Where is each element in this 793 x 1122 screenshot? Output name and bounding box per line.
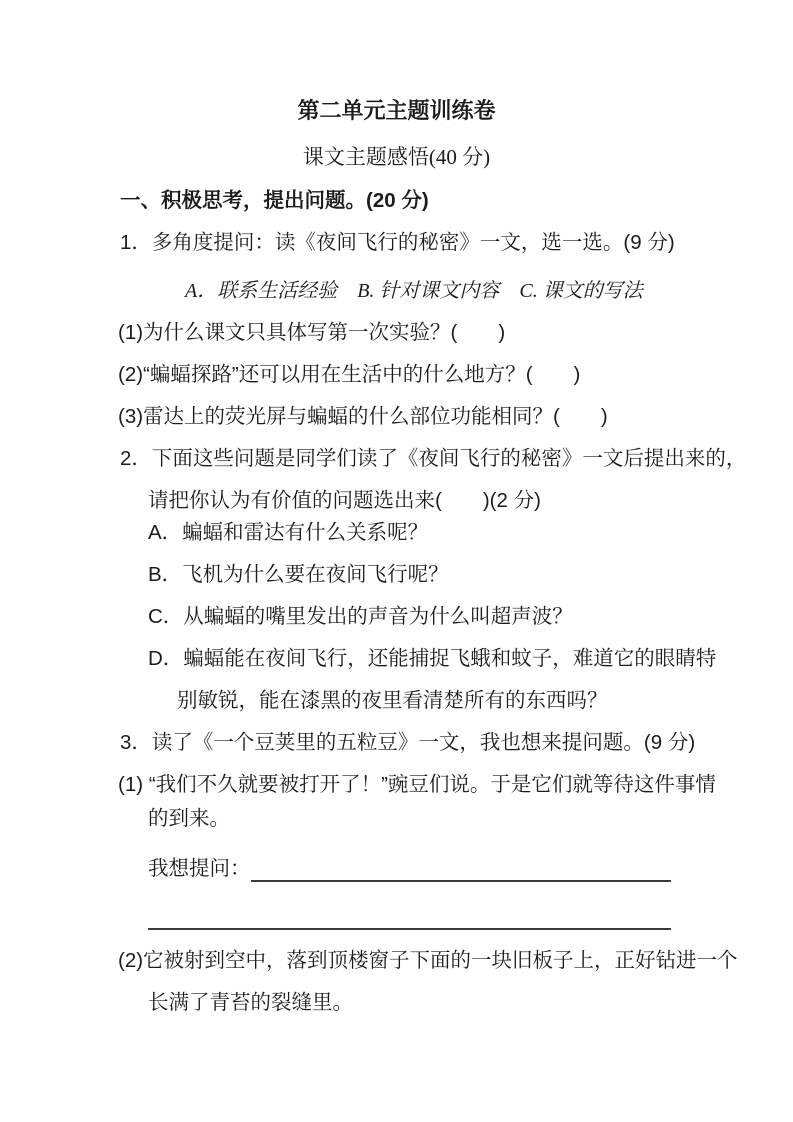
section-subtitle: 课文主题感悟(40 分): [0, 134, 793, 180]
question-1-sub-2: (2)“蝙蝠探路”还可以用在生活中的什么地方？( ): [118, 354, 793, 396]
question-2-option-d-continued: 别敏锐，能在漆黑的夜里看清楚所有的东西吗？: [177, 680, 793, 722]
question-2-stem-line-1: 2．下面这些问题是同学们读了《夜间飞行的秘密》一文后提出来的，: [120, 438, 793, 480]
question-1-choices: A．联系生活经验 B. 针对课文内容 C. 课文的写法: [185, 270, 793, 312]
question-1-stem: 1．多角度提问：读《夜间飞行的秘密》一文，选一选。(9 分): [120, 222, 793, 264]
question-2-option-c: C．从蝙蝠的嘴里发出的声音为什么叫超声波？: [148, 596, 793, 638]
question-2-option-b: B．飞机为什么要在夜间飞行呢？: [148, 554, 793, 596]
question-3-sub-2-line-2: 长满了青苔的裂缝里。: [148, 982, 793, 1024]
section-1-heading: 一、积极思考，提出问题。(20 分): [120, 180, 793, 222]
worksheet-page: 第二单元主题训练卷 课文主题感悟(40 分) 一、积极思考，提出问题。(20 分…: [0, 0, 793, 1122]
page-title: 第二单元主题训练卷: [0, 88, 793, 134]
answer-blank-row: [148, 890, 671, 938]
question-1-sub-1: (1)为什么课文只具体写第一次实验？( ): [118, 312, 793, 354]
question-2-option-d: D．蝙蝠能在夜间飞行，还能捕捉飞蛾和蚊子，难道它的眼睛特: [148, 638, 793, 680]
answer-blank-line-2: [148, 928, 671, 930]
answer-prompt-label: 我想提问：: [148, 848, 251, 890]
question-1-sub-3: (3)雷达上的荧光屏与蝙蝠的什么部位功能相同？( ): [118, 396, 793, 438]
question-3-answer-prompt: 我想提问：: [148, 848, 671, 890]
answer-blank-line-1: [251, 848, 672, 882]
question-3-sub-2-line-1: (2)它被射到空中，落到顶楼窗子下面的一块旧板子上，正好钻进一个: [118, 940, 793, 982]
question-3-stem: 3．读了《一个豆荚里的五粒豆》一文，我也想来提问题。(9 分): [120, 722, 793, 764]
